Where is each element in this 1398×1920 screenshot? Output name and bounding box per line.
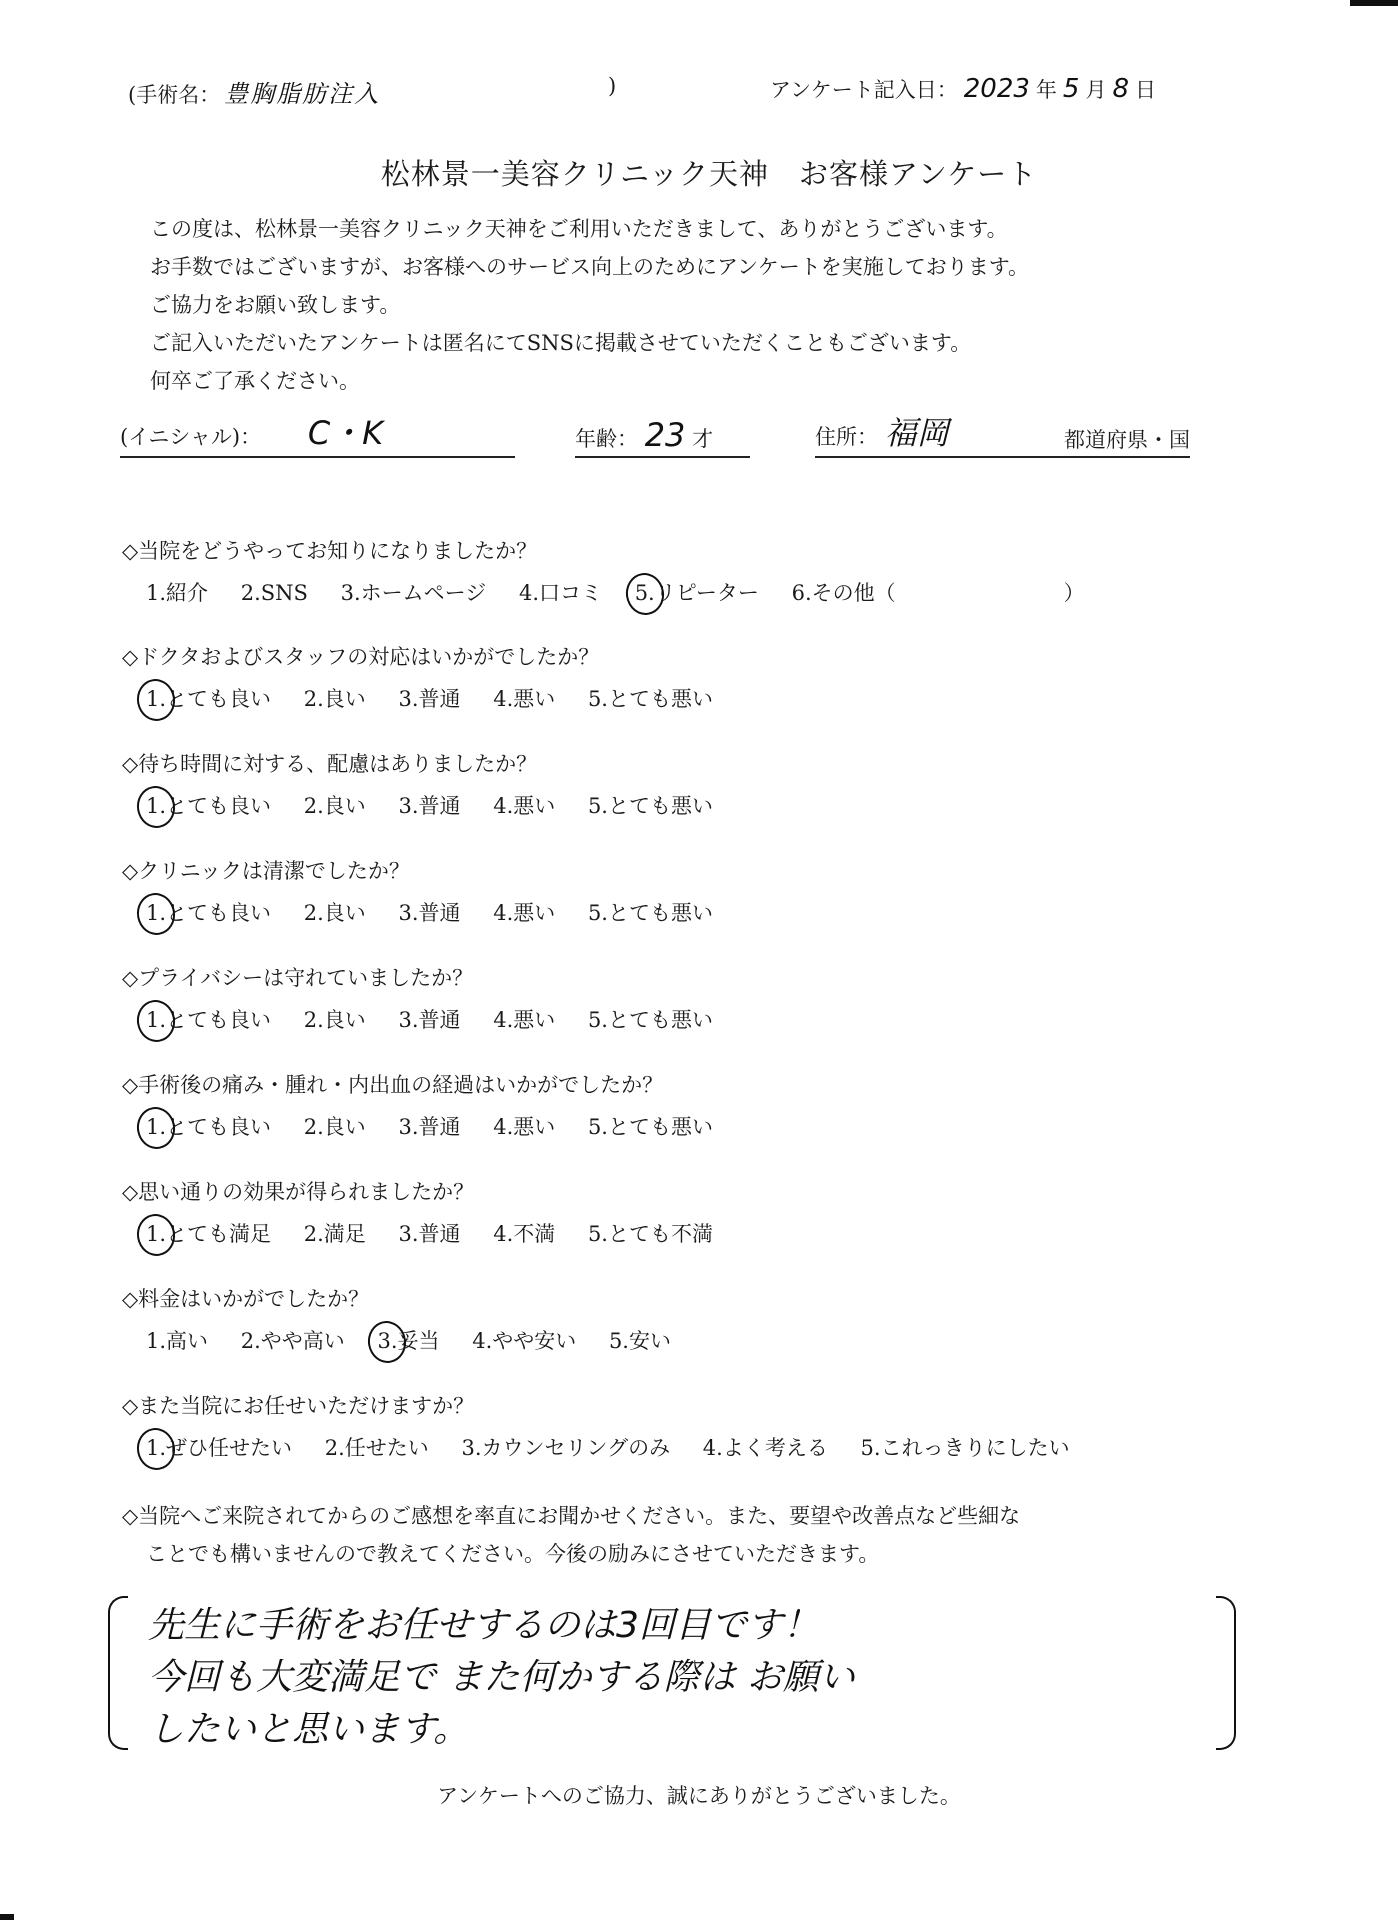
- selection-circle: 1.: [146, 901, 166, 925]
- date-year: 2023: [964, 74, 1030, 104]
- option-5[interactable]: 5.とても悪い: [588, 897, 713, 927]
- question-title: ◇手術後の痛み・腫れ・内出血の経過はいかがでしたか？: [122, 1069, 739, 1099]
- selection-circle: 1.: [146, 1222, 166, 1246]
- surgery-close-paren: ): [608, 74, 616, 98]
- option-3-selected[interactable]: 3.妥当: [377, 1325, 439, 1355]
- question-privacy: ◇プライバシーは守れていましたか？ 1.とても良い 2.良い 3.普通 4.悪い…: [122, 962, 739, 1034]
- option-list: 1.ぜひ任せたい 2.任せたい 3.カウンセリングのみ 4.よく考える 5.これ…: [122, 1432, 1096, 1462]
- option-1[interactable]: 1.紹介: [146, 577, 208, 607]
- initial-value: C・K: [308, 414, 383, 452]
- question-title: ◇当院をどうやってお知りになりましたか？: [122, 535, 1111, 565]
- question-return: ◇また当院にお任せいただけますか？ 1.ぜひ任せたい 2.任せたい 3.カウンセ…: [122, 1390, 1096, 1462]
- comment-line: 先生に手術をお任せするのは3回目です！: [148, 1600, 855, 1652]
- question-staff: ◇ドクタおよびスタッフの対応はいかがでしたか？ 1.とても良い 2.良い 3.普…: [122, 641, 739, 713]
- intro-text: この度は、松林景一美容クリニック天神をご利用いただきまして、ありがとうございます…: [150, 210, 1029, 400]
- question-waiting: ◇待ち時間に対する、配慮はありましたか？ 1.とても良い 2.良い 3.普通 4…: [122, 748, 739, 820]
- option-4[interactable]: 4.悪い: [493, 897, 555, 927]
- address-suffix: 都道府県・国: [1064, 424, 1190, 454]
- intro-line: お手数ではございますが、お客様へのサービス向上のためにアンケートを実施しておりま…: [150, 248, 1029, 286]
- initial-field[interactable]: (イニシャル)： C・K: [120, 408, 515, 458]
- option-4[interactable]: 4.悪い: [493, 1004, 555, 1034]
- selection-circle: 1.: [146, 1115, 166, 1139]
- thank-you-message: アンケートへのご協力、誠にありがとうございました。: [0, 1780, 1398, 1810]
- question-recovery: ◇手術後の痛み・腫れ・内出血の経過はいかがでしたか？ 1.とても良い 2.良い …: [122, 1069, 739, 1141]
- option-3[interactable]: 3.普通: [398, 1111, 460, 1141]
- option-6[interactable]: 6.その他（ ）: [792, 577, 1085, 607]
- option-4[interactable]: 4.やや安い: [472, 1325, 576, 1355]
- scan-edge-artifact: [0, 1914, 14, 1920]
- surgery-value: 豊胸脂肪注入: [224, 80, 380, 108]
- option-list: 1.とても満足 2.満足 3.普通 4.不満 5.とても不満: [122, 1218, 739, 1248]
- address-value: 福岡: [885, 414, 949, 452]
- option-list: 1.高い 2.やや高い 3.妥当 4.やや安い 5.安い: [122, 1325, 697, 1355]
- option-5[interactable]: 5.とても悪い: [588, 1004, 713, 1034]
- address-label: 住所：: [815, 425, 878, 449]
- option-2[interactable]: 2.良い: [304, 1004, 366, 1034]
- date-month: 5: [1063, 74, 1080, 104]
- option-3[interactable]: 3.普通: [398, 1218, 460, 1248]
- date-label: アンケート記入日：: [770, 78, 958, 102]
- option-3[interactable]: 3.ホームページ: [341, 577, 487, 607]
- option-4[interactable]: 4.口コミ: [519, 577, 602, 607]
- age-field[interactable]: 年齢： 23 才: [575, 416, 750, 458]
- option-2[interactable]: 2.良い: [304, 790, 366, 820]
- year-suffix: 年: [1036, 78, 1057, 102]
- comment-line: 今回も大変満足で また何かする際は お願い: [148, 1652, 855, 1704]
- selection-circle: 1.: [146, 794, 166, 818]
- intro-line: ご協力をお願い致します。: [150, 286, 1029, 324]
- option-5[interactable]: 5.とても悪い: [588, 1111, 713, 1141]
- question-title: ◇ドクタおよびスタッフの対応はいかがでしたか？: [122, 641, 739, 671]
- day-suffix: 日: [1135, 78, 1156, 102]
- month-suffix: 月: [1085, 78, 1106, 102]
- option-1-selected[interactable]: 1.とても満足: [146, 1218, 271, 1248]
- question-results: ◇思い通りの効果が得られましたか？ 1.とても満足 2.満足 3.普通 4.不満…: [122, 1176, 739, 1248]
- option-list: 1.とても良い 2.良い 3.普通 4.悪い 5.とても悪い: [122, 1004, 739, 1034]
- option-list: 1.紹介 2.SNS 3.ホームページ 4.口コミ 5.リピーター 6.その他（…: [122, 577, 1111, 607]
- option-2[interactable]: 2.任せたい: [325, 1432, 429, 1462]
- page-title: 松林景一美容クリニック天神 お客様アンケート: [0, 152, 1398, 193]
- option-2[interactable]: 2.満足: [304, 1218, 366, 1248]
- option-2[interactable]: 2.SNS: [241, 581, 308, 605]
- selection-circle: 1.: [146, 687, 166, 711]
- question-title: ◇思い通りの効果が得られましたか？: [122, 1176, 739, 1206]
- handwritten-comment: 先生に手術をお任せするのは3回目です！ 今回も大変満足で また何かする際は お願…: [148, 1600, 855, 1756]
- question-referral: ◇当院をどうやってお知りになりましたか？ 1.紹介 2.SNS 3.ホームページ…: [122, 535, 1111, 607]
- option-5[interactable]: 5.安い: [609, 1325, 671, 1355]
- left-bracket: [108, 1596, 128, 1750]
- option-3[interactable]: 3.普通: [398, 790, 460, 820]
- surgery-name-field: (手術名：豊胸脂肪注入: [128, 74, 380, 109]
- option-1-selected[interactable]: 1.とても良い: [146, 790, 271, 820]
- intro-line: この度は、松林景一美容クリニック天神をご利用いただきまして、ありがとうございます…: [150, 210, 1029, 248]
- entry-date-field: アンケート記入日：2023年5月8日: [770, 74, 1156, 104]
- option-4[interactable]: 4.悪い: [493, 683, 555, 713]
- option-1-selected[interactable]: 1.とても良い: [146, 683, 271, 713]
- option-5[interactable]: 5.とても悪い: [588, 790, 713, 820]
- option-4[interactable]: 4.悪い: [493, 790, 555, 820]
- option-5-selected[interactable]: 5.リピーター: [635, 577, 759, 607]
- selection-circle: 1.: [146, 1008, 166, 1032]
- option-list: 1.とても良い 2.良い 3.普通 4.悪い 5.とても悪い: [122, 790, 739, 820]
- option-2[interactable]: 2.良い: [304, 897, 366, 927]
- question-title: ◇プライバシーは守れていましたか？: [122, 962, 739, 992]
- question-title: ◇待ち時間に対する、配慮はありましたか？: [122, 748, 739, 778]
- option-5[interactable]: 5.とても悪い: [588, 683, 713, 713]
- option-1-selected[interactable]: 1.とても良い: [146, 1004, 271, 1034]
- option-4[interactable]: 4.不満: [493, 1218, 555, 1248]
- question-price: ◇料金はいかがでしたか？ 1.高い 2.やや高い 3.妥当 4.やや安い 5.安…: [122, 1283, 697, 1355]
- question-title-line: ◇当院へご来院されてからのご感想を率直にお聞かせください。また、要望や改善点など…: [122, 1497, 1020, 1535]
- option-1[interactable]: 1.高い: [146, 1325, 208, 1355]
- respondent-info: (イニシャル)： C・K 年齢： 23 才 住所： 福岡 都道府県・国: [120, 418, 1190, 458]
- question-title: ◇また当院にお任せいただけますか？: [122, 1390, 1096, 1420]
- selection-circle: 1.: [146, 1436, 166, 1460]
- option-1-selected[interactable]: 1.とても良い: [146, 897, 271, 927]
- question-cleanliness: ◇クリニックは清潔でしたか？ 1.とても良い 2.良い 3.普通 4.悪い 5.…: [122, 855, 739, 927]
- option-3[interactable]: 3.普通: [398, 683, 460, 713]
- option-list: 1.とても良い 2.良い 3.普通 4.悪い 5.とても悪い: [122, 897, 739, 927]
- selection-circle: 3.: [377, 1329, 397, 1353]
- age-suffix: 才: [692, 427, 713, 451]
- question-title-line: ことでも構いませんので教えてください。今後の励みにさせていただきます。: [122, 1535, 1020, 1573]
- question-title: ◇料金はいかがでしたか？: [122, 1283, 697, 1313]
- option-2[interactable]: 2.良い: [304, 683, 366, 713]
- right-bracket: [1216, 1596, 1236, 1750]
- option-list: 1.とても良い 2.良い 3.普通 4.悪い 5.とても悪い: [122, 1111, 739, 1141]
- comment-box[interactable]: 先生に手術をお任せするのは3回目です！ 今回も大変満足で また何かする際は お願…: [108, 1596, 1236, 1770]
- surgery-label: (手術名：: [128, 83, 220, 107]
- header-line: (手術名：豊胸脂肪注入 ) アンケート記入日：2023年5月8日: [128, 70, 1338, 110]
- option-2[interactable]: 2.良い: [304, 1111, 366, 1141]
- option-3[interactable]: 3.普通: [398, 897, 460, 927]
- scan-edge-artifact: [1350, 0, 1398, 6]
- option-list: 1.とても良い 2.良い 3.普通 4.悪い 5.とても悪い: [122, 683, 739, 713]
- comment-line: したいと思います。: [148, 1704, 855, 1756]
- option-4[interactable]: 4.よく考える: [703, 1432, 828, 1462]
- option-5[interactable]: 5.とても不満: [588, 1218, 713, 1248]
- option-3[interactable]: 3.カウンセリングのみ: [461, 1432, 670, 1462]
- question-title: ◇クリニックは清潔でしたか？: [122, 855, 739, 885]
- intro-line: 何卒ご了承ください。: [150, 362, 1029, 400]
- age-value: 23: [645, 416, 686, 454]
- option-5[interactable]: 5.これっきりにしたい: [861, 1432, 1070, 1462]
- option-1-selected[interactable]: 1.とても良い: [146, 1111, 271, 1141]
- address-field[interactable]: 住所： 福岡 都道府県・国: [815, 408, 1190, 458]
- option-4[interactable]: 4.悪い: [493, 1111, 555, 1141]
- option-2[interactable]: 2.やや高い: [241, 1325, 345, 1355]
- initial-label: (イニシャル)：: [120, 425, 261, 449]
- selection-circle: 5.: [635, 581, 655, 605]
- date-day: 8: [1112, 74, 1129, 104]
- free-comment-question: ◇当院へご来院されてからのご感想を率直にお聞かせください。また、要望や改善点など…: [122, 1497, 1020, 1573]
- intro-line: ご記入いただいたアンケートは匿名にてSNSに掲載させていただくこともございます。: [150, 324, 1029, 362]
- option-1-selected[interactable]: 1.ぜひ任せたい: [146, 1432, 292, 1462]
- option-3[interactable]: 3.普通: [398, 1004, 460, 1034]
- age-label: 年齢：: [575, 427, 638, 451]
